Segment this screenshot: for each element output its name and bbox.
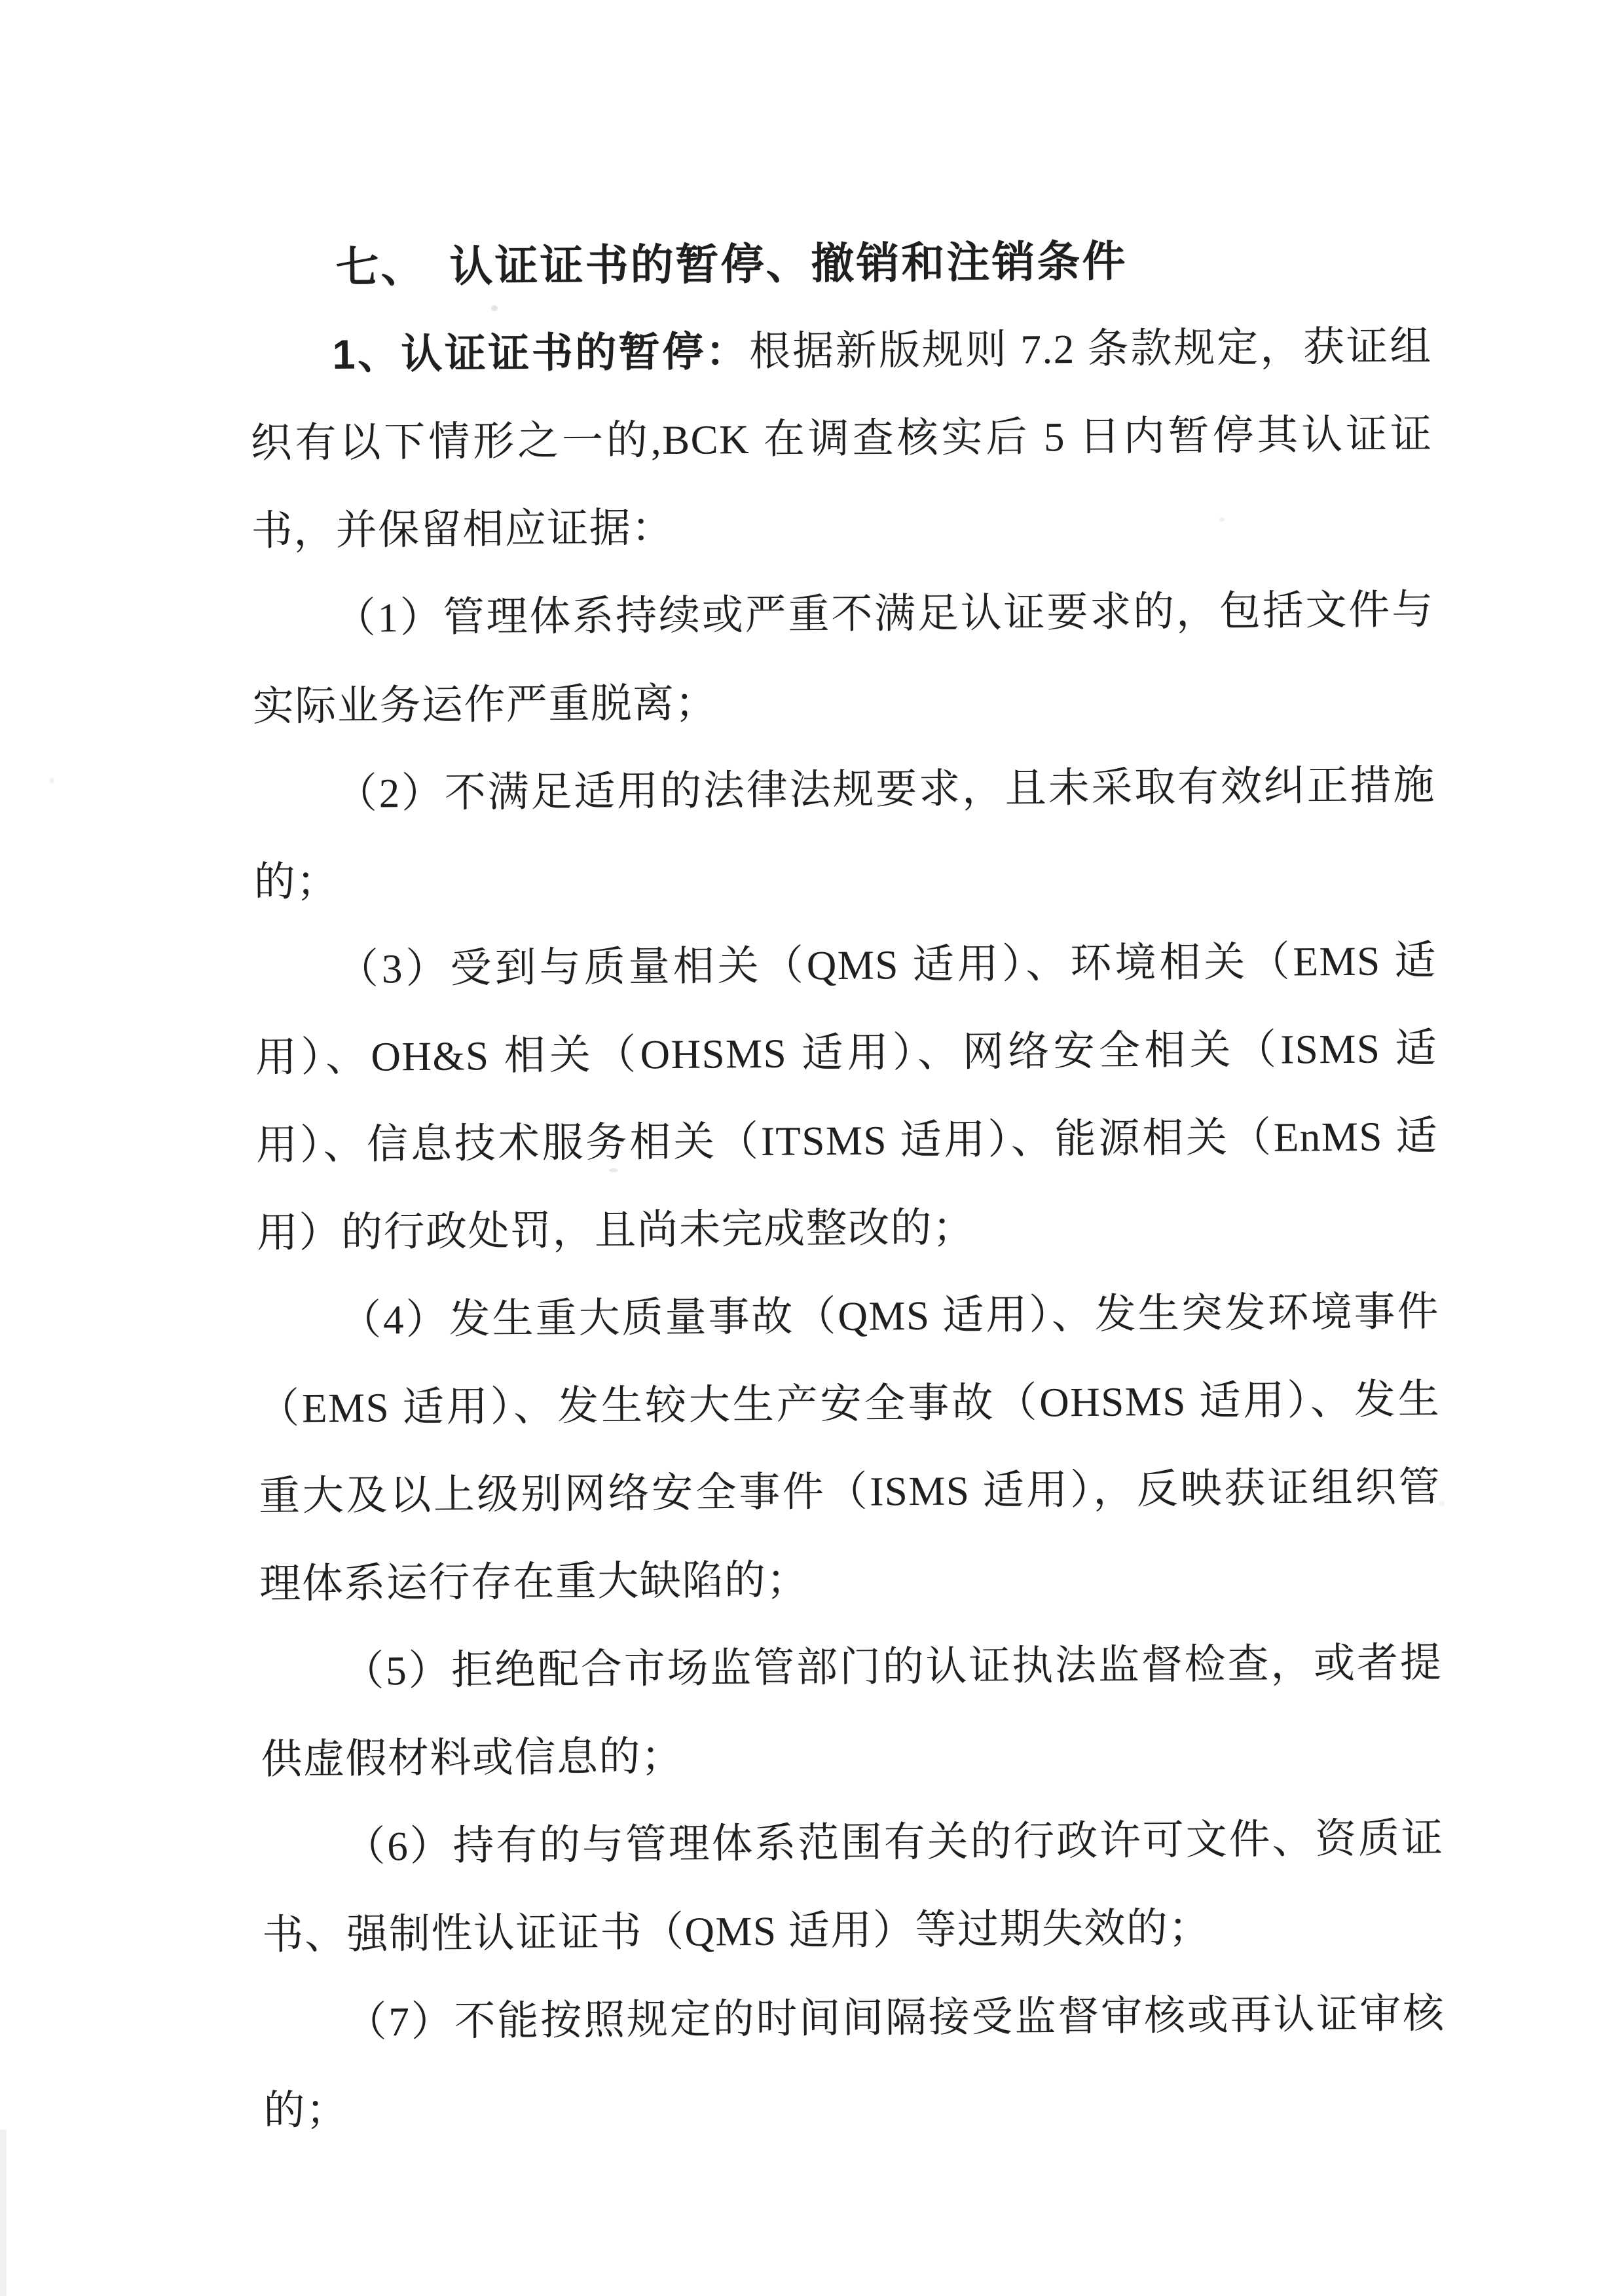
- scan-speck: [609, 1168, 618, 1172]
- document-page: 七、 认证证书的暂停、撤销和注销条件 1、认证证书的暂停：根据新版规则 7.2 …: [0, 0, 1624, 2296]
- scan-speck: [50, 778, 54, 783]
- scan-speck: [491, 305, 498, 311]
- list-item-5: （5）拒绝配合市场监管部门的认证执法监督检查，或者提供虚假材料或信息的；: [260, 1619, 1443, 1804]
- list-item-4: （4）发生重大质量事故（QMS 适用）、发生突发环境事件（EMS 适用）、发生较…: [257, 1268, 1442, 1628]
- paragraph-suspension-intro: 1、认证证书的暂停：根据新版规则 7.2 条款规定，获证组织有以下情形之一的,B…: [249, 303, 1433, 575]
- scan-speck: [1219, 517, 1225, 522]
- list-item-2: （2）不满足适用的法律法规要求，且未采取有效纠正措施的；: [253, 741, 1436, 926]
- paragraph-lead-bold: 1、认证证书的暂停：: [332, 329, 749, 378]
- document-content: 七、 认证证书的暂停、撤销和注销条件 1、认证证书的暂停：根据新版规则 7.2 …: [249, 215, 1446, 2155]
- list-item-7: （7）不能按照规定的时间间隔接受监督审核或再认证审核的；: [263, 1970, 1446, 2155]
- list-item-6: （6）持有的与管理体系范围有关的行政许可文件、资质证书、强制性认证证书（QMS …: [261, 1794, 1445, 1979]
- list-item-1: （1）管理体系持续或严重不满足认证要求的，包括文件与实际业务运作严重脱离；: [251, 566, 1435, 750]
- list-item-3: （3）受到与质量相关（QMS 适用）、环境相关（EMS 适用）、OH&S 相关（…: [254, 917, 1439, 1277]
- scan-edge-artifact: [0, 2130, 7, 2296]
- section-heading: 七、 认证证书的暂停、撤销和注销条件: [249, 215, 1431, 312]
- scan-speck: [1439, 1501, 1445, 1506]
